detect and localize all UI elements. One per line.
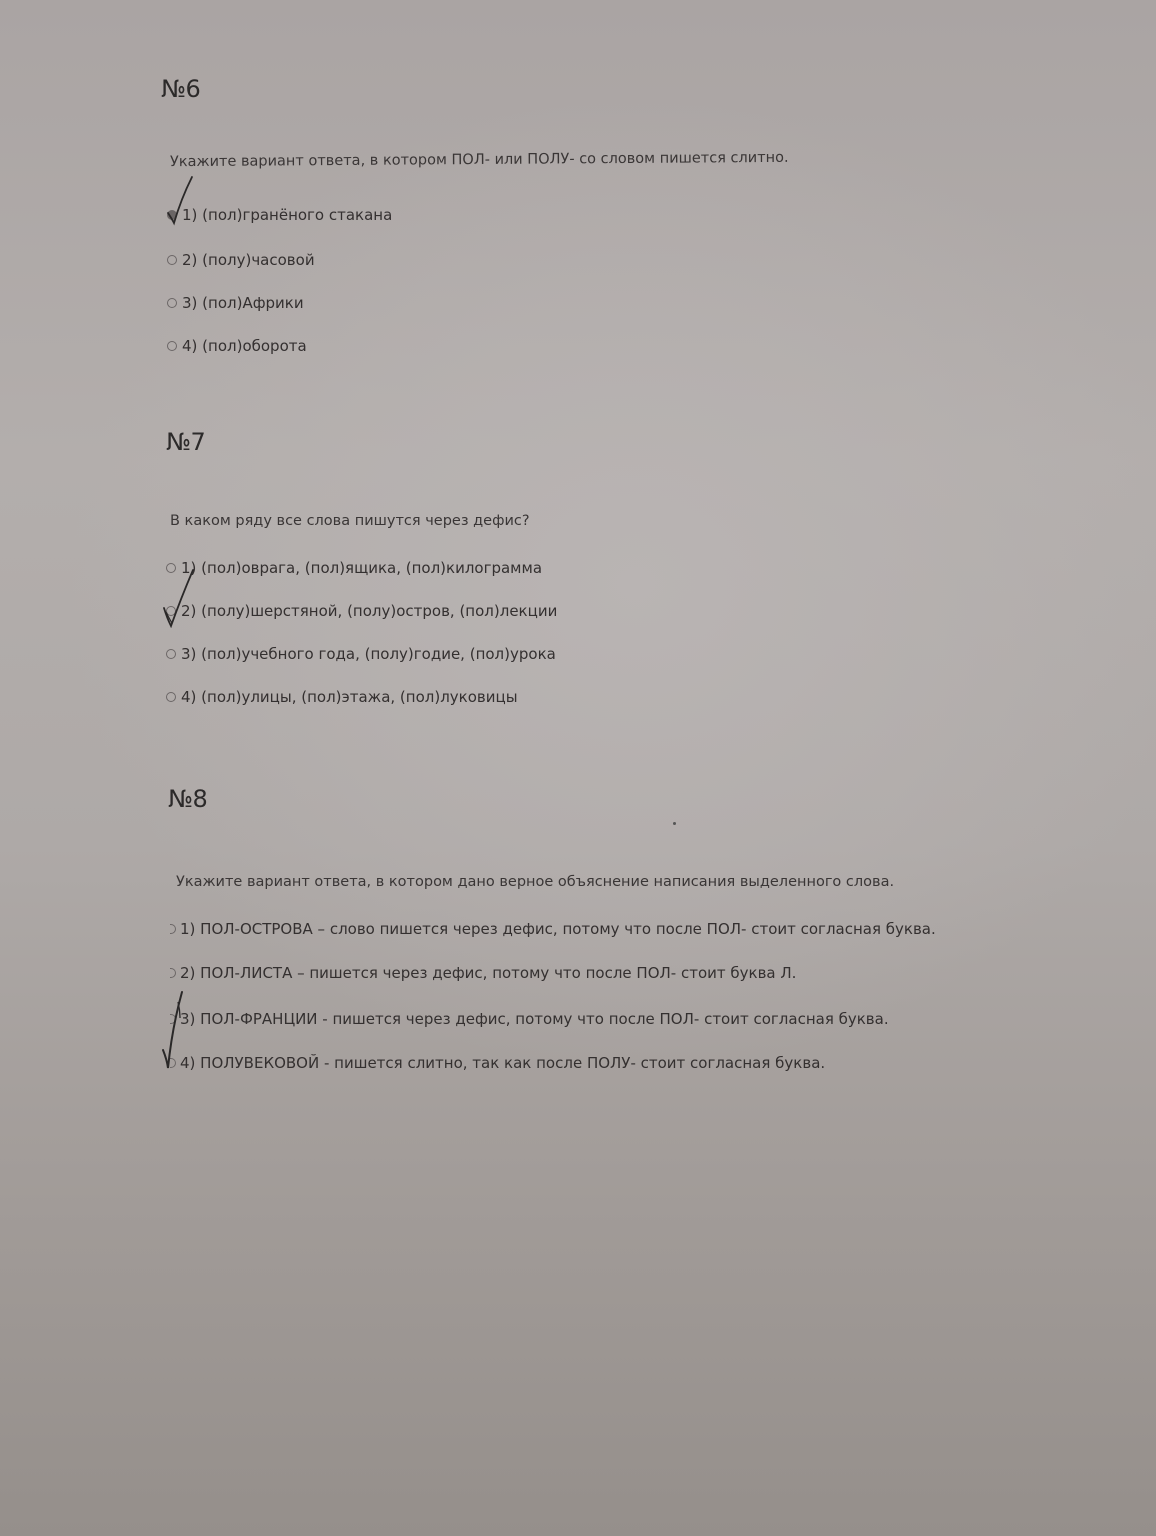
question-6-option-2[interactable]: 2) (полу)часовой xyxy=(167,251,315,269)
radio-button[interactable] xyxy=(166,649,176,659)
option-label: 3) ПОЛ-ФРАНЦИИ - пишется через дефис, по… xyxy=(180,1010,889,1028)
option-label: 4) (пол)улицы, (пол)этажа, (пол)луковицы xyxy=(181,688,518,706)
radio-button[interactable] xyxy=(167,255,177,265)
question-7-prompt: В каком ряду все слова пишутся через деф… xyxy=(170,513,530,529)
option-label: 4) (пол)оборота xyxy=(182,337,307,355)
option-label: 1) (пол)гранёного стакана xyxy=(182,206,392,224)
question-8-prompt: Укажите вариант ответа, в котором дано в… xyxy=(176,874,894,890)
radio-button[interactable] xyxy=(170,924,176,934)
paper-speck xyxy=(673,822,676,825)
question-6-prompt: Укажите вариант ответа, в котором ПОЛ- и… xyxy=(170,150,789,170)
radio-button[interactable] xyxy=(170,968,176,978)
question-8-option-3[interactable]: 3) ПОЛ-ФРАНЦИИ - пишется через дефис, по… xyxy=(168,1010,889,1028)
radio-button[interactable] xyxy=(167,298,177,308)
question-6-option-4[interactable]: 4) (пол)оборота xyxy=(167,337,307,355)
question-7-option-3[interactable]: 3) (пол)учебного года, (полу)годие, (пол… xyxy=(166,645,556,663)
question-6-option-1[interactable]: 1) (пол)гранёного стакана xyxy=(167,206,392,224)
handwritten-check-mark-icon xyxy=(161,568,197,628)
question-7-option-4[interactable]: 4) (пол)улицы, (пол)этажа, (пол)луковицы xyxy=(166,688,518,706)
question-8-option-2[interactable]: 2) ПОЛ-ЛИСТА – пишется через дефис, пото… xyxy=(168,964,796,982)
option-label: 1) (пол)оврага, (пол)ящика, (пол)килогра… xyxy=(181,559,542,577)
question-8-number: №8 xyxy=(168,785,207,813)
option-label: 1) ПОЛ-ОСТРОВА – слово пишется через деф… xyxy=(180,920,936,938)
option-label: 3) (пол)учебного года, (полу)годие, (пол… xyxy=(181,645,556,663)
option-label: 2) (полу)шерстяной, (полу)остров, (пол)л… xyxy=(181,602,557,620)
question-8-option-4[interactable]: 4) ПОЛУВЕКОВОЙ - пишется слитно, так как… xyxy=(168,1054,825,1072)
option-label: 3) (пол)Африки xyxy=(182,294,304,312)
question-7-number: №7 xyxy=(166,428,205,456)
option-label: 2) (полу)часовой xyxy=(182,251,315,269)
question-8-option-1[interactable]: 1) ПОЛ-ОСТРОВА – слово пишется через деф… xyxy=(168,920,936,938)
option-label: 2) ПОЛ-ЛИСТА – пишется через дефис, пото… xyxy=(180,964,796,982)
question-6-option-3[interactable]: 3) (пол)Африки xyxy=(167,294,304,312)
radio-button[interactable] xyxy=(166,692,176,702)
handwritten-check-mark-icon xyxy=(165,175,195,227)
radio-button[interactable] xyxy=(167,341,177,351)
question-7-option-2[interactable]: 2) (полу)шерстяной, (полу)остров, (пол)л… xyxy=(166,602,557,620)
question-6-number: №6 xyxy=(161,75,200,103)
handwritten-check-mark-icon xyxy=(160,988,190,1072)
question-7-option-1[interactable]: 1) (пол)оврага, (пол)ящика, (пол)килогра… xyxy=(166,559,542,577)
option-label: 4) ПОЛУВЕКОВОЙ - пишется слитно, так как… xyxy=(180,1054,825,1072)
